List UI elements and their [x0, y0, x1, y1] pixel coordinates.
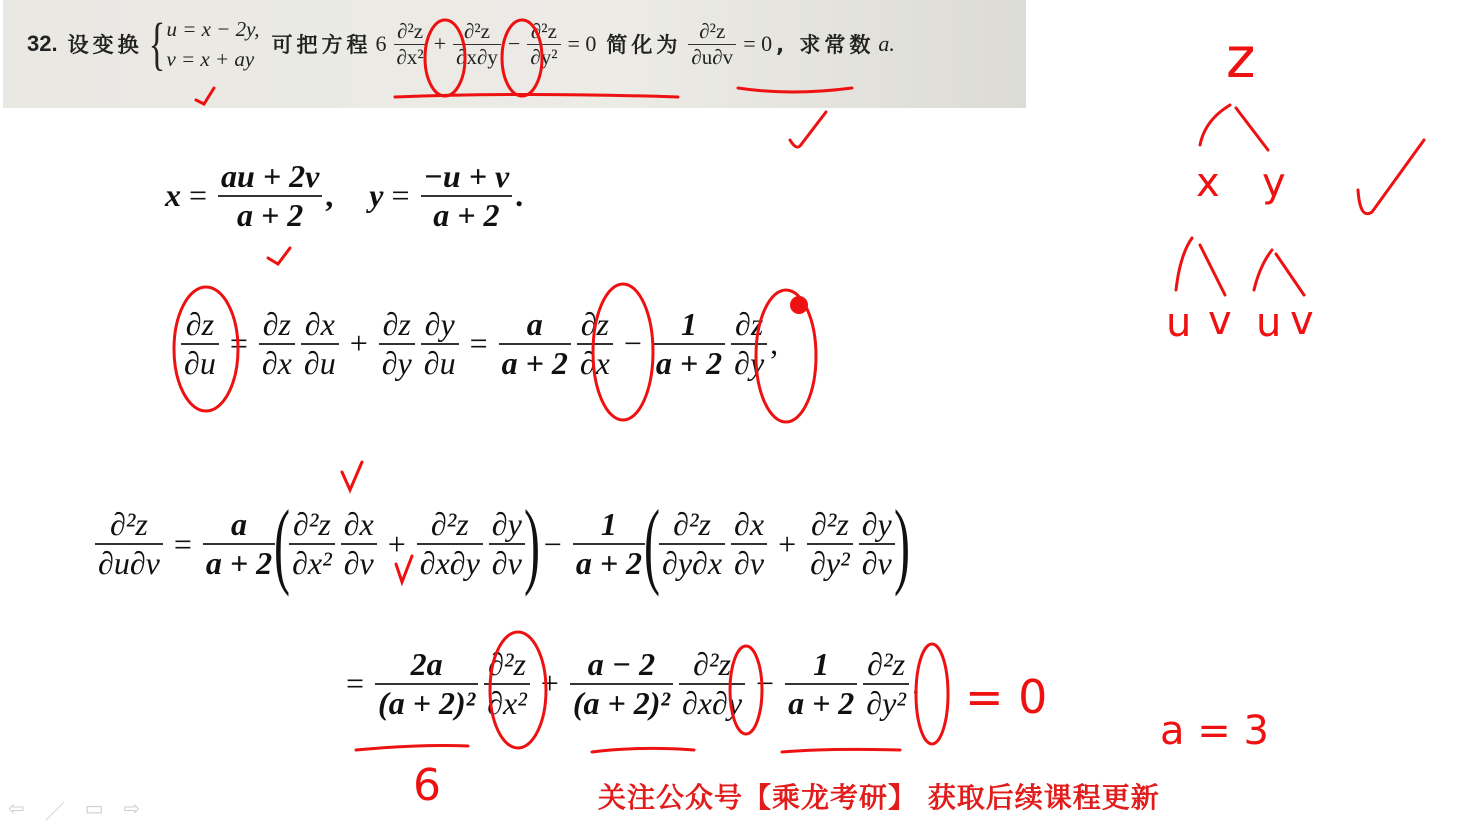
- system-line-v: v = x + ay: [166, 44, 259, 74]
- left-brace: {: [148, 15, 165, 73]
- dz-dy: ∂z∂y: [379, 306, 415, 382]
- term-dyy: ∂²z∂y²: [527, 19, 560, 68]
- coef-1: 1a + 2: [573, 506, 645, 582]
- check-icon: [790, 112, 826, 147]
- tree-leaf-v2: v: [1290, 298, 1314, 344]
- pointer-dot: [790, 296, 808, 314]
- prev-arrow-icon[interactable]: ⇦: [8, 796, 25, 825]
- dz-dx: ∂z∂x: [259, 306, 295, 382]
- simplify-text: 简化为: [606, 29, 681, 59]
- separator: ,: [325, 177, 333, 214]
- check-icon: [268, 248, 290, 264]
- problem-statement: 32. 设变换 { u = x − 2y, v = x + ay 可把方程 6 …: [27, 14, 895, 74]
- d2z-dy2: ∂²z∂y²: [863, 646, 909, 722]
- tree-root: z: [1226, 26, 1255, 91]
- watermark: 关注公众号【乘龙考研】 获取后续课程更新: [598, 776, 1160, 816]
- equals-zero: = 0: [568, 31, 597, 57]
- tree-leaf-u1: u: [1166, 300, 1191, 346]
- dz-dx-term: ∂z∂x: [577, 306, 613, 382]
- period: .: [912, 665, 920, 702]
- x-fraction: au + 2va + 2: [218, 158, 322, 234]
- target-eq: = 0: [743, 31, 772, 57]
- underline-coef1: [356, 746, 468, 751]
- tree-leaf-v1: v: [1208, 298, 1232, 344]
- d2z-dx2: ∂²z∂x²: [484, 646, 530, 722]
- circle-d2z-dy2: [916, 644, 948, 744]
- g1-t4: ∂y∂v: [489, 506, 525, 582]
- ask-var: a.: [878, 31, 895, 57]
- step4-result: = 2a(a + 2)² ∂²z∂x² + a − 2(a + 2)² ∂²z∂…: [338, 646, 920, 722]
- target-derivative: ∂²z∂u∂v: [688, 19, 736, 68]
- coef-2a: 2a(a + 2)²: [375, 646, 478, 722]
- term-dxx: ∂²z∂x²: [394, 19, 427, 68]
- pen-icon[interactable]: ／: [45, 796, 65, 825]
- annot-equals-zero: = 0: [965, 670, 1047, 724]
- coef-a: aa + 2: [203, 506, 275, 582]
- g1-t3: ∂²z∂x∂y: [417, 506, 483, 582]
- dz-du: ∂z∂u: [181, 306, 219, 382]
- coef-1: 1a + 2: [653, 306, 725, 382]
- d2z-dudv: ∂²z∂u∂v: [95, 506, 163, 582]
- g2-t1: ∂²z∂y∂x: [659, 506, 725, 582]
- g2-t2: ∂x∂v: [731, 506, 767, 582]
- problem-banner: 32. 设变换 { u = x − 2y, v = x + ay 可把方程 6 …: [3, 0, 1026, 108]
- g1-t1: ∂²z∂x²: [289, 506, 335, 582]
- y-fraction: −u + va + 2: [421, 158, 513, 234]
- underline-coef2: [592, 748, 694, 752]
- minus-sign: −: [508, 31, 520, 57]
- check-icon: [1358, 140, 1424, 214]
- comma: ,: [770, 325, 778, 362]
- g1-t2: ∂x∂v: [341, 506, 377, 582]
- term-dxy: ∂²z∂x∂y: [453, 19, 501, 68]
- dz-dy-term: ∂z∂y: [731, 306, 767, 382]
- system-line-u: u = x − 2y,: [166, 14, 259, 44]
- equation-coef: 6: [376, 31, 387, 57]
- step3-second-derivative: ∂²z∂u∂v = aa + 2 ( ∂²z∂x² ∂x∂v + ∂²z∂x∂y…: [92, 496, 906, 592]
- dy-du: ∂y∂u: [421, 306, 459, 382]
- coef-a: aa + 2: [499, 306, 571, 382]
- coef-a-minus-2: a − 2(a + 2)²: [570, 646, 673, 722]
- slide-nav: ⇦ ／ ▭ ⇨: [8, 796, 140, 825]
- g2-t4: ∂y∂v: [859, 506, 895, 582]
- problem-intro: 设变换: [68, 29, 143, 59]
- ask-text: , 求常数: [776, 29, 874, 59]
- problem-number: 32.: [27, 31, 58, 57]
- menu-icon[interactable]: ▭: [85, 796, 104, 825]
- x-lhs: x: [165, 177, 181, 214]
- mid-text: 可把方程: [272, 29, 372, 59]
- check-icon: [342, 462, 362, 490]
- tree-y: y: [1262, 160, 1286, 206]
- next-arrow-icon[interactable]: ⇨: [124, 796, 141, 825]
- g2-t3: ∂²z∂y²: [807, 506, 853, 582]
- d2z-dxdy: ∂²z∂x∂y: [679, 646, 745, 722]
- underline-coef3: [782, 749, 900, 752]
- annot-answer: a = 3: [1160, 708, 1269, 754]
- step1-inverse-transform: x = au + 2va + 2 , y = −u + va + 2 .: [165, 158, 523, 234]
- tree-leaf-u2: u: [1256, 300, 1281, 346]
- dx-du: ∂x∂u: [301, 306, 339, 382]
- y-lhs: y: [369, 177, 383, 214]
- tree-x: x: [1196, 160, 1220, 206]
- annot-six: 6: [413, 760, 441, 811]
- transform-system: { u = x − 2y, v = x + ay: [147, 14, 260, 74]
- step2-first-derivative: ∂z∂u = ∂z∂x ∂x∂u + ∂z∂y ∂y∂u = aa + 2 ∂z…: [178, 306, 778, 382]
- plus-sign: +: [434, 31, 446, 57]
- coef-1: 1a + 2: [785, 646, 857, 722]
- period: .: [515, 177, 523, 214]
